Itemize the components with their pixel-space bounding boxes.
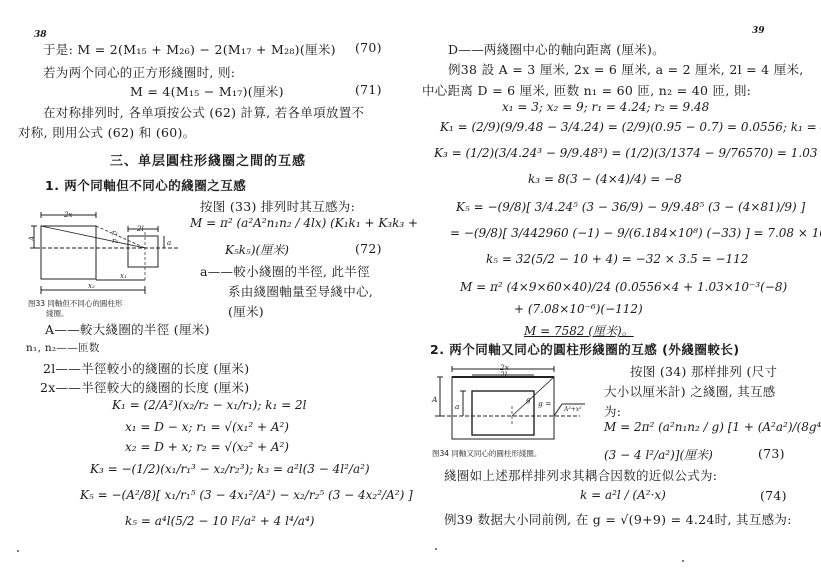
paragraph-fig34-3: 为: [604,402,621,420]
svg-text:2l: 2l [499,370,508,379]
equation-71: M = 4(M₁₅ − M₁₇)(厘米) [130,82,284,100]
svg-text:x₂: x₂ [88,282,95,290]
svg-text:2l: 2l [136,225,144,233]
right-page: 39 D——两綫圈中心的軸向距离 (厘米)。 例38 設 A = 3 厘米, 2… [420,0,821,570]
figure-33: 2x 2l A a r₁ r₂ x₁ x₂ [28,210,188,300]
figure-34-caption: 图34 同軸又同心的圓柱形綫圈。 [432,448,541,459]
equation-71-number: (71) [355,82,382,97]
definition-a-1: a——較小綫圈的半徑, 此半徑 [200,262,370,280]
equation-72-number: (72) [355,241,382,256]
paragraph-square-coils: 若为两个同心的正方形綫圈时, 则: [43,63,235,81]
equation-70: 于是: M = 2(M₁₅ + M₂₆) − 2(M₁₇ + M₂₈)(厘米) [43,40,336,58]
definition-2l: 2l——半徑較小的綫圈的长度 (厘米) [43,359,249,377]
svg-text:a: a [455,402,459,411]
values-line: x₁ = 3; x₂ = 9; r₁ = 4.24; r₂ = 9.48 [502,100,709,114]
example-38-line2: 中心距离 D = 6 厘米, 匝数 n₁ = 60 匝, n₂ = 40 匝, … [422,81,751,99]
paragraph-symmetric-2: 对称, 則用公式 (62) 和 (60)。 [18,123,196,141]
page-number: 39 [752,26,765,36]
equation-72-line2: K₅k₅)(厘米) [225,241,289,258]
figure-33-caption-1: 图33 同軸但不同心的圓柱形 [28,298,122,309]
definition-n: n₁, n₂——匝数 [26,340,100,355]
svg-text:r₁: r₁ [112,229,118,237]
equation-73-line1: M = 2π² (a²n₁n₂ / g) [1 + (A²a²)/(8g⁴) [604,420,821,434]
equation-74-number: (74) [760,488,787,503]
equation-73-line2: (3 − 4 l²/a²)](厘米) [604,446,713,463]
svg-text:g: g [526,395,531,404]
definition-a-3: (厘米) [228,302,264,320]
intro-fig33: 按图 (33) 排列时其互感为: [200,197,355,215]
formula-x2-r2: x₂ = D + x; r₂ = √(x₂² + A²) [125,440,289,454]
svg-text:g =: g = [538,399,551,408]
calc-K1: K₁ = (2/9)(9/9.48 − 3/4.24) = (2/9)(0.95… [440,120,821,134]
svg-text:A²+x²: A²+x² [563,406,582,413]
scan-speck [17,550,19,552]
formula-K5: K₅ = −(A²/8)[ x₁/r₁⁵ (3 − 4x₁²/A²) − x₂/… [80,488,413,502]
scan-speck [682,560,684,562]
svg-text:r₂: r₂ [112,237,118,245]
definition-2x: 2x——半徑較大的綫圈的长度 (厘米) [40,378,249,396]
example-39: 例39 数据大小同前例, 在 g = √(9+9) = 4.24时, 其互感为: [444,510,792,528]
equation-74: k = a²l / (A²·x) [580,488,666,502]
calc-M-line2: + (7.08×10⁻⁶)(−112) [514,302,643,316]
coupling-text: 綫圈如上述那样排列求其耦合因数的近似公式为: [444,466,717,484]
definition-a-2: 系由綫圈軸量至导綫中心, [228,282,373,300]
calc-K5: K₅ = −(9/8)[ 3/4.24⁵ (3 − 36/9) − 9/9.48… [456,200,805,214]
page-number: 38 [34,30,47,40]
equation-73-number: (73) [758,446,785,461]
definition-D: D——两綫圈中心的軸向距离 (厘米)。 [448,40,665,58]
left-page: 38 于是: M = 2(M₁₅ + M₂₆) − 2(M₁₇ + M₂₈)(厘… [0,0,410,570]
formula-k5: k₅ = a⁴l(5/2 − 10 l²/a² + 4 l⁴/a⁴) [125,514,314,528]
svg-text:A: A [28,236,36,242]
equation-70-number: (70) [355,40,382,55]
figure-33-diagram: 2x 2l A a r₁ r₂ x₁ x₂ [28,210,188,300]
example-38-line1: 例38 設 A = 3 厘米, 2x = 6 厘米, a = 2 厘米, 2l … [448,60,804,78]
paragraph-fig34-2: 大小以厘米計) 之綫圈, 其互感 [604,382,776,400]
calc-k3: k₃ = 8(3 − (4×4)/4) = −8 [528,172,682,186]
section-heading: 三、单层圓柱形綫圈之間的互感 [110,150,306,169]
formula-K1: K₁ = (2/A²)(x₂/r₂ − x₁/r₁); k₁ = 2l [112,398,306,412]
calc-M-result: M = 7582 (厘米)。 [524,322,634,339]
equation-70-text: 于是: M = 2(M₁₅ + M₂₆) − 2(M₁₇ + M₂₈)(厘米) [43,42,336,57]
subsection-heading-2: 2. 两个同軸又同心的圓柱形綫圈的互感 (外綫圈較长) [430,340,740,358]
formula-K3-k3: K₃ = −(1/2)(x₁/r₁³ − x₂/r₂³); k₃ = a²l(3… [90,462,370,476]
equation-72-line1: M = π² (a²A²n₁n₂ / 4lx) (K₁k₁ + K₃k₃ + [190,216,418,230]
svg-text:a: a [167,239,171,247]
svg-text:A: A [431,395,438,404]
svg-text:2x: 2x [63,211,72,219]
formula-x1-r1: x₁ = D − x; r₁ = √(x₁² + A²) [125,420,289,434]
figure-34-diagram: 2x 2l A a g g = A²+x² [430,364,590,444]
subsection-heading-1: 1. 两个同軸但不同心的綫圈之互感 [45,176,246,194]
calc-K3: K₃ = (1/2)(3/4.24³ − 9/9.48³) = (1/2)(3/… [434,146,821,160]
scan-speck [435,548,437,550]
calc-M-line1: M = π² (4×9×60×40)/24 (0.0556×4 + 1.03×1… [460,280,787,294]
calc-K5-result: = −(9/8)[ 3/442960 (−1) − 9/(6.184×10⁸) … [450,226,821,240]
calc-k5: k₅ = 32(5/2 − 10 + 4) = −32 × 3.5 = −112 [486,252,748,266]
paragraph-fig34-1: 按图 (34) 那样排列 (尺寸 [630,362,777,380]
figure-33-caption-2: 綫圈。 [46,308,69,319]
paragraph-symmetric-1: 在对称排列时, 各单項按公式 (62) 計算, 若各单項放置不 [43,103,364,121]
svg-text:x₁: x₁ [120,272,127,280]
figure-34: 2x 2l A a g g = A²+x² [430,364,590,444]
definition-A: A——較大綫圈的半徑 (厘米) [45,320,210,338]
